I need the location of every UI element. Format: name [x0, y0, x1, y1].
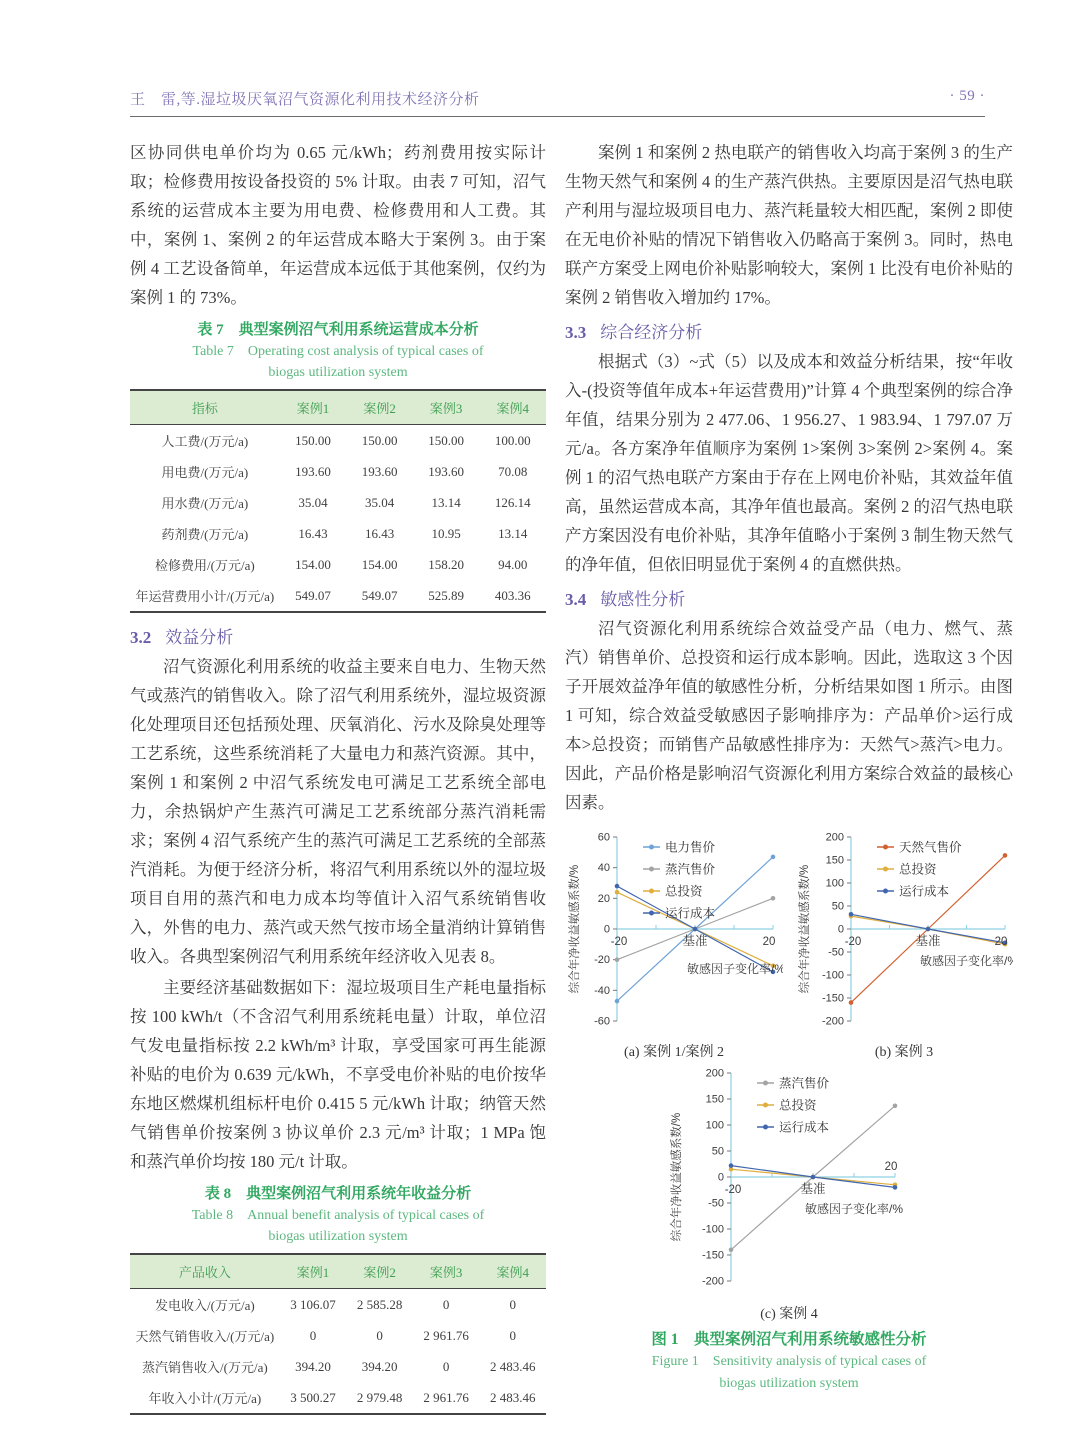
- paragraph: 根据式（3）~式（5）以及成本和效益分析结果，按“年收入-(投资等值年成本+年运…: [565, 347, 1013, 579]
- running-header: 王 雷,等.湿垃圾厌氧沼气资源化利用技术经济分析 · 59 ·: [130, 88, 985, 109]
- chart-a-subcaption: (a) 案例 1/案例 2: [624, 1041, 724, 1061]
- svg-text:天然气售价: 天然气售价: [899, 840, 962, 855]
- cell-value: 154.00: [280, 549, 347, 580]
- table-row: 人工费/(万元/a)150.00150.00150.00100.00: [130, 425, 546, 457]
- cell-value: 13.14: [413, 487, 480, 518]
- charts-row-c: 200150100500-50-100-150-200蒸汽售价总投资运行成本-2…: [565, 1061, 1013, 1323]
- cell-value: 126.14: [479, 487, 546, 518]
- svg-text:蒸汽售价: 蒸汽售价: [779, 1076, 830, 1091]
- table-8: 产品收入案例1案例2案例3案例4 发电收入/(万元/a)3 106.072 58…: [130, 1253, 546, 1415]
- svg-text:电力售价: 电力售价: [665, 840, 716, 855]
- cell-value: 193.60: [413, 456, 480, 487]
- cell-value: 3 500.27: [280, 1382, 347, 1414]
- svg-text:-20: -20: [725, 1184, 742, 1196]
- section-title: 综合经济分析: [600, 323, 702, 342]
- svg-text:敏感因子变化率/%: 敏感因子变化率/%: [805, 1201, 903, 1216]
- cell-value: 0: [479, 1289, 546, 1321]
- svg-text:40: 40: [598, 862, 610, 874]
- cell-value: 158.20: [413, 549, 480, 580]
- section-number: 3.2: [130, 628, 151, 647]
- cell-value: 0: [413, 1351, 480, 1382]
- row-label: 发电收入/(万元/a): [130, 1289, 280, 1321]
- cell-value: 2 961.76: [413, 1382, 480, 1414]
- svg-text:-20: -20: [611, 936, 628, 948]
- svg-text:-150: -150: [822, 993, 844, 1005]
- cell-value: 525.89: [413, 580, 480, 612]
- paper-page: 王 雷,等.湿垃圾厌氧沼气资源化利用技术经济分析 · 59 · 区协同供电单价均…: [0, 0, 1080, 1444]
- svg-text:-50: -50: [828, 947, 844, 959]
- cell-value: 70.08: [479, 456, 546, 487]
- cell-value: 2 585.28: [346, 1289, 413, 1321]
- svg-text:-100: -100: [702, 1224, 724, 1236]
- svg-text:-20: -20: [845, 936, 862, 948]
- table-row: 药剂费/(万元/a)16.4316.4310.9513.14: [130, 518, 546, 549]
- table-7-caption-zh: 表 7 典型案例沼气利用系统运营成本分析: [130, 320, 546, 341]
- svg-text:基准: 基准: [682, 933, 708, 948]
- column-header: 案例3: [413, 1254, 480, 1289]
- table-8-caption-en: Table 8 Annual benefit analysis of typic…: [130, 1205, 546, 1226]
- table-row: 用电费/(万元/a)193.60193.60193.6070.08: [130, 456, 546, 487]
- cell-value: 154.00: [346, 549, 413, 580]
- row-label: 药剂费/(万元/a): [130, 518, 280, 549]
- section-heading-3-3: 3.3综合经济分析: [565, 318, 1013, 343]
- table-8-caption-en2: biogas utilization system: [130, 1226, 546, 1247]
- svg-text:-150: -150: [702, 1250, 724, 1262]
- page-number: · 59 ·: [950, 88, 986, 109]
- paragraph: 沼气资源化利用系统的收益主要来自电力、生物天然气或蒸汽的销售收入。除了沼气利用系…: [130, 652, 546, 971]
- sensitivity-chart-c-svg: 200150100500-50-100-150-200蒸汽售价总投资运行成本-2…: [667, 1061, 911, 1301]
- chart-c-subcaption: (c) 案例 4: [760, 1303, 818, 1323]
- cell-value: 549.07: [280, 580, 347, 612]
- svg-text:蒸汽售价: 蒸汽售价: [665, 862, 716, 877]
- cell-value: 3 106.07: [280, 1289, 347, 1321]
- svg-text:20: 20: [763, 936, 776, 948]
- table-7: 指标案例1案例2案例3案例4 人工费/(万元/a)150.00150.00150…: [130, 389, 546, 613]
- svg-text:200: 200: [826, 832, 844, 844]
- sensitivity-chart-case1-2: 6040200-20-40-60电力售价蒸汽售价总投资运行成本-20基准20敏感…: [565, 823, 783, 1061]
- cell-value: 0: [413, 1289, 480, 1321]
- table-7-caption: 表 7 典型案例沼气利用系统运营成本分析 Table 7 Operating c…: [130, 320, 546, 383]
- svg-text:-20: -20: [594, 954, 610, 966]
- charts-row-ab: 6040200-20-40-60电力售价蒸汽售价总投资运行成本-20基准20敏感…: [565, 823, 1013, 1061]
- table-row: 用水费/(万元/a)35.0435.0413.14126.14: [130, 487, 546, 518]
- table-row: 发电收入/(万元/a)3 106.072 585.2800: [130, 1289, 546, 1321]
- section-number: 3.3: [565, 323, 586, 342]
- row-label: 天然气销售收入/(万元/a): [130, 1320, 280, 1351]
- svg-text:综合年净收益敏感系数/%: 综合年净收益敏感系数/%: [797, 865, 811, 993]
- left-column: 区协同供电单价均为 0.65 元/kWh；药剂费用按实际计取；检修费用按设备投资…: [130, 138, 546, 1425]
- row-label: 年收入小计/(万元/a): [130, 1382, 280, 1414]
- svg-text:-100: -100: [822, 970, 844, 982]
- svg-text:100: 100: [826, 878, 844, 890]
- header-rule: [130, 116, 985, 117]
- svg-text:200: 200: [706, 1068, 724, 1080]
- cell-value: 94.00: [479, 549, 546, 580]
- svg-text:综合年净收益敏感系数/%: 综合年净收益敏感系数/%: [567, 865, 581, 993]
- svg-text:0: 0: [838, 924, 844, 936]
- paragraph: 沼气资源化利用系统综合效益受产品（电力、燃气、蒸汽）销售单价、总投资和运行成本影…: [565, 614, 1013, 817]
- svg-text:敏感因子变化率/%: 敏感因子变化率/%: [920, 953, 1013, 968]
- table-7-caption-en2: biogas utilization system: [130, 362, 546, 383]
- column-header: 指标: [130, 390, 280, 425]
- cell-value: 150.00: [280, 425, 347, 457]
- svg-text:0: 0: [718, 1172, 724, 1184]
- svg-text:50: 50: [832, 901, 844, 913]
- cell-value: 35.04: [346, 487, 413, 518]
- section-heading-3-4: 3.4敏感性分析: [565, 585, 1013, 610]
- column-header: 案例2: [346, 1254, 413, 1289]
- svg-text:运行成本: 运行成本: [779, 1120, 829, 1135]
- cell-value: 2 483.46: [479, 1382, 546, 1414]
- cell-value: 2 483.46: [479, 1351, 546, 1382]
- cell-value: 193.60: [346, 456, 413, 487]
- row-label: 人工费/(万元/a): [130, 425, 280, 457]
- table-header-row: 指标案例1案例2案例3案例4: [130, 390, 546, 425]
- cell-value: 35.04: [280, 487, 347, 518]
- cell-value: 0: [346, 1320, 413, 1351]
- cell-value: 10.95: [413, 518, 480, 549]
- paragraph: 案例 1 和案例 2 热电联产的销售收入均高于案例 3 的生产生物天然气和案例 …: [565, 138, 1013, 312]
- svg-text:总投资: 总投资: [665, 884, 703, 899]
- svg-text:-40: -40: [594, 985, 610, 997]
- svg-text:-200: -200: [822, 1016, 844, 1028]
- cell-value: 549.07: [346, 580, 413, 612]
- column-header: 案例1: [280, 390, 347, 425]
- row-label: 用电费/(万元/a): [130, 456, 280, 487]
- svg-text:150: 150: [706, 1094, 724, 1106]
- column-header: 案例1: [280, 1254, 347, 1289]
- figure-1-charts: 6040200-20-40-60电力售价蒸汽售价总投资运行成本-20基准20敏感…: [565, 823, 1013, 1395]
- column-header: 案例2: [346, 390, 413, 425]
- cell-value: 0: [479, 1320, 546, 1351]
- table-row: 检修费用/(万元/a)154.00154.00158.2094.00: [130, 549, 546, 580]
- section-title: 敏感性分析: [600, 590, 685, 609]
- column-header: 案例4: [479, 390, 546, 425]
- row-label: 检修费用/(万元/a): [130, 549, 280, 580]
- column-header: 案例3: [413, 390, 480, 425]
- figure-1-caption-zh: 图 1 典型案例沼气利用系统敏感性分析: [565, 1329, 1013, 1351]
- cell-value: 16.43: [280, 518, 347, 549]
- row-label: 年运营费用小计/(万元/a): [130, 580, 280, 612]
- sensitivity-chart-case3: 200150100500-50-100-150-200天然气售价总投资运行成本-…: [795, 823, 1013, 1061]
- cell-value: 16.43: [346, 518, 413, 549]
- svg-text:0: 0: [604, 924, 610, 936]
- svg-text:-60: -60: [594, 1016, 610, 1028]
- cell-value: 394.20: [280, 1351, 347, 1382]
- section-number: 3.4: [565, 590, 586, 609]
- table-7-caption-en: Table 7 Operating cost analysis of typic…: [130, 341, 546, 362]
- cell-value: 13.14: [479, 518, 546, 549]
- right-column: 案例 1 和案例 2 热电联产的销售收入均高于案例 3 的生产生物天然气和案例 …: [565, 138, 1013, 1395]
- svg-text:基准: 基准: [800, 1181, 826, 1196]
- cell-value: 150.00: [413, 425, 480, 457]
- cell-value: 150.00: [346, 425, 413, 457]
- svg-text:运行成本: 运行成本: [665, 906, 715, 921]
- table-row: 年收入小计/(万元/a)3 500.272 979.482 961.762 48…: [130, 1382, 546, 1414]
- table-header-row: 产品收入案例1案例2案例3案例4: [130, 1254, 546, 1289]
- column-header: 案例4: [479, 1254, 546, 1289]
- cell-value: 394.20: [346, 1351, 413, 1382]
- figure-1-caption-en: Figure 1 Sensitivity analysis of typical…: [565, 1351, 1013, 1373]
- svg-text:综合年净收益敏感系数/%: 综合年净收益敏感系数/%: [669, 1113, 683, 1241]
- svg-text:50: 50: [712, 1146, 724, 1158]
- table-row: 年运营费用小计/(万元/a)549.07549.07525.89403.36: [130, 580, 546, 612]
- svg-text:20: 20: [995, 936, 1008, 948]
- svg-text:敏感因子变化率/%: 敏感因子变化率/%: [687, 961, 783, 976]
- table-row: 天然气销售收入/(万元/a)002 961.760: [130, 1320, 546, 1351]
- sensitivity-chart-b-svg: 200150100500-50-100-150-200天然气售价总投资运行成本-…: [795, 823, 1013, 1039]
- svg-text:基准: 基准: [915, 933, 941, 948]
- table-8-caption: 表 8 典型案例沼气利用系统年收益分析 Table 8 Annual benef…: [130, 1184, 546, 1247]
- cell-value: 403.36: [479, 580, 546, 612]
- row-label: 用水费/(万元/a): [130, 487, 280, 518]
- figure-1-caption: 图 1 典型案例沼气利用系统敏感性分析 Figure 1 Sensitivity…: [565, 1329, 1013, 1395]
- sensitivity-chart-case4: 200150100500-50-100-150-200蒸汽售价总投资运行成本-2…: [667, 1061, 911, 1323]
- cell-value: 100.00: [479, 425, 546, 457]
- cell-value: 2 979.48: [346, 1382, 413, 1414]
- svg-text:-50: -50: [708, 1198, 724, 1210]
- cell-value: 0: [280, 1320, 347, 1351]
- svg-text:150: 150: [826, 855, 844, 867]
- svg-text:60: 60: [598, 832, 610, 844]
- table-8-caption-zh: 表 8 典型案例沼气利用系统年收益分析: [130, 1184, 546, 1205]
- svg-text:总投资: 总投资: [779, 1098, 817, 1113]
- paragraph: 主要经济基础数据如下：湿垃圾项目生产耗电量指标按 100 kWh/t（不含沼气利…: [130, 973, 546, 1176]
- running-title: 王 雷,等.湿垃圾厌氧沼气资源化利用技术经济分析: [130, 88, 480, 109]
- cell-value: 193.60: [280, 456, 347, 487]
- sensitivity-chart-a-svg: 6040200-20-40-60电力售价蒸汽售价总投资运行成本-20基准20敏感…: [565, 823, 783, 1039]
- paragraph: 区协同供电单价均为 0.65 元/kWh；药剂费用按实际计取；检修费用按设备投资…: [130, 138, 546, 312]
- svg-text:运行成本: 运行成本: [899, 884, 949, 899]
- svg-text:总投资: 总投资: [899, 862, 937, 877]
- svg-text:20: 20: [598, 893, 610, 905]
- svg-text:-200: -200: [702, 1276, 724, 1288]
- table-row: 蒸汽销售收入/(万元/a)394.20394.2002 483.46: [130, 1351, 546, 1382]
- row-label: 蒸汽销售收入/(万元/a): [130, 1351, 280, 1382]
- section-heading-3-2: 3.2效益分析: [130, 623, 546, 648]
- svg-text:100: 100: [706, 1120, 724, 1132]
- svg-text:20: 20: [885, 1161, 898, 1173]
- column-header: 产品收入: [130, 1254, 280, 1289]
- section-title: 效益分析: [165, 628, 233, 647]
- figure-1-caption-en2: biogas utilization system: [565, 1373, 1013, 1395]
- chart-b-subcaption: (b) 案例 3: [875, 1041, 933, 1061]
- cell-value: 2 961.76: [413, 1320, 480, 1351]
